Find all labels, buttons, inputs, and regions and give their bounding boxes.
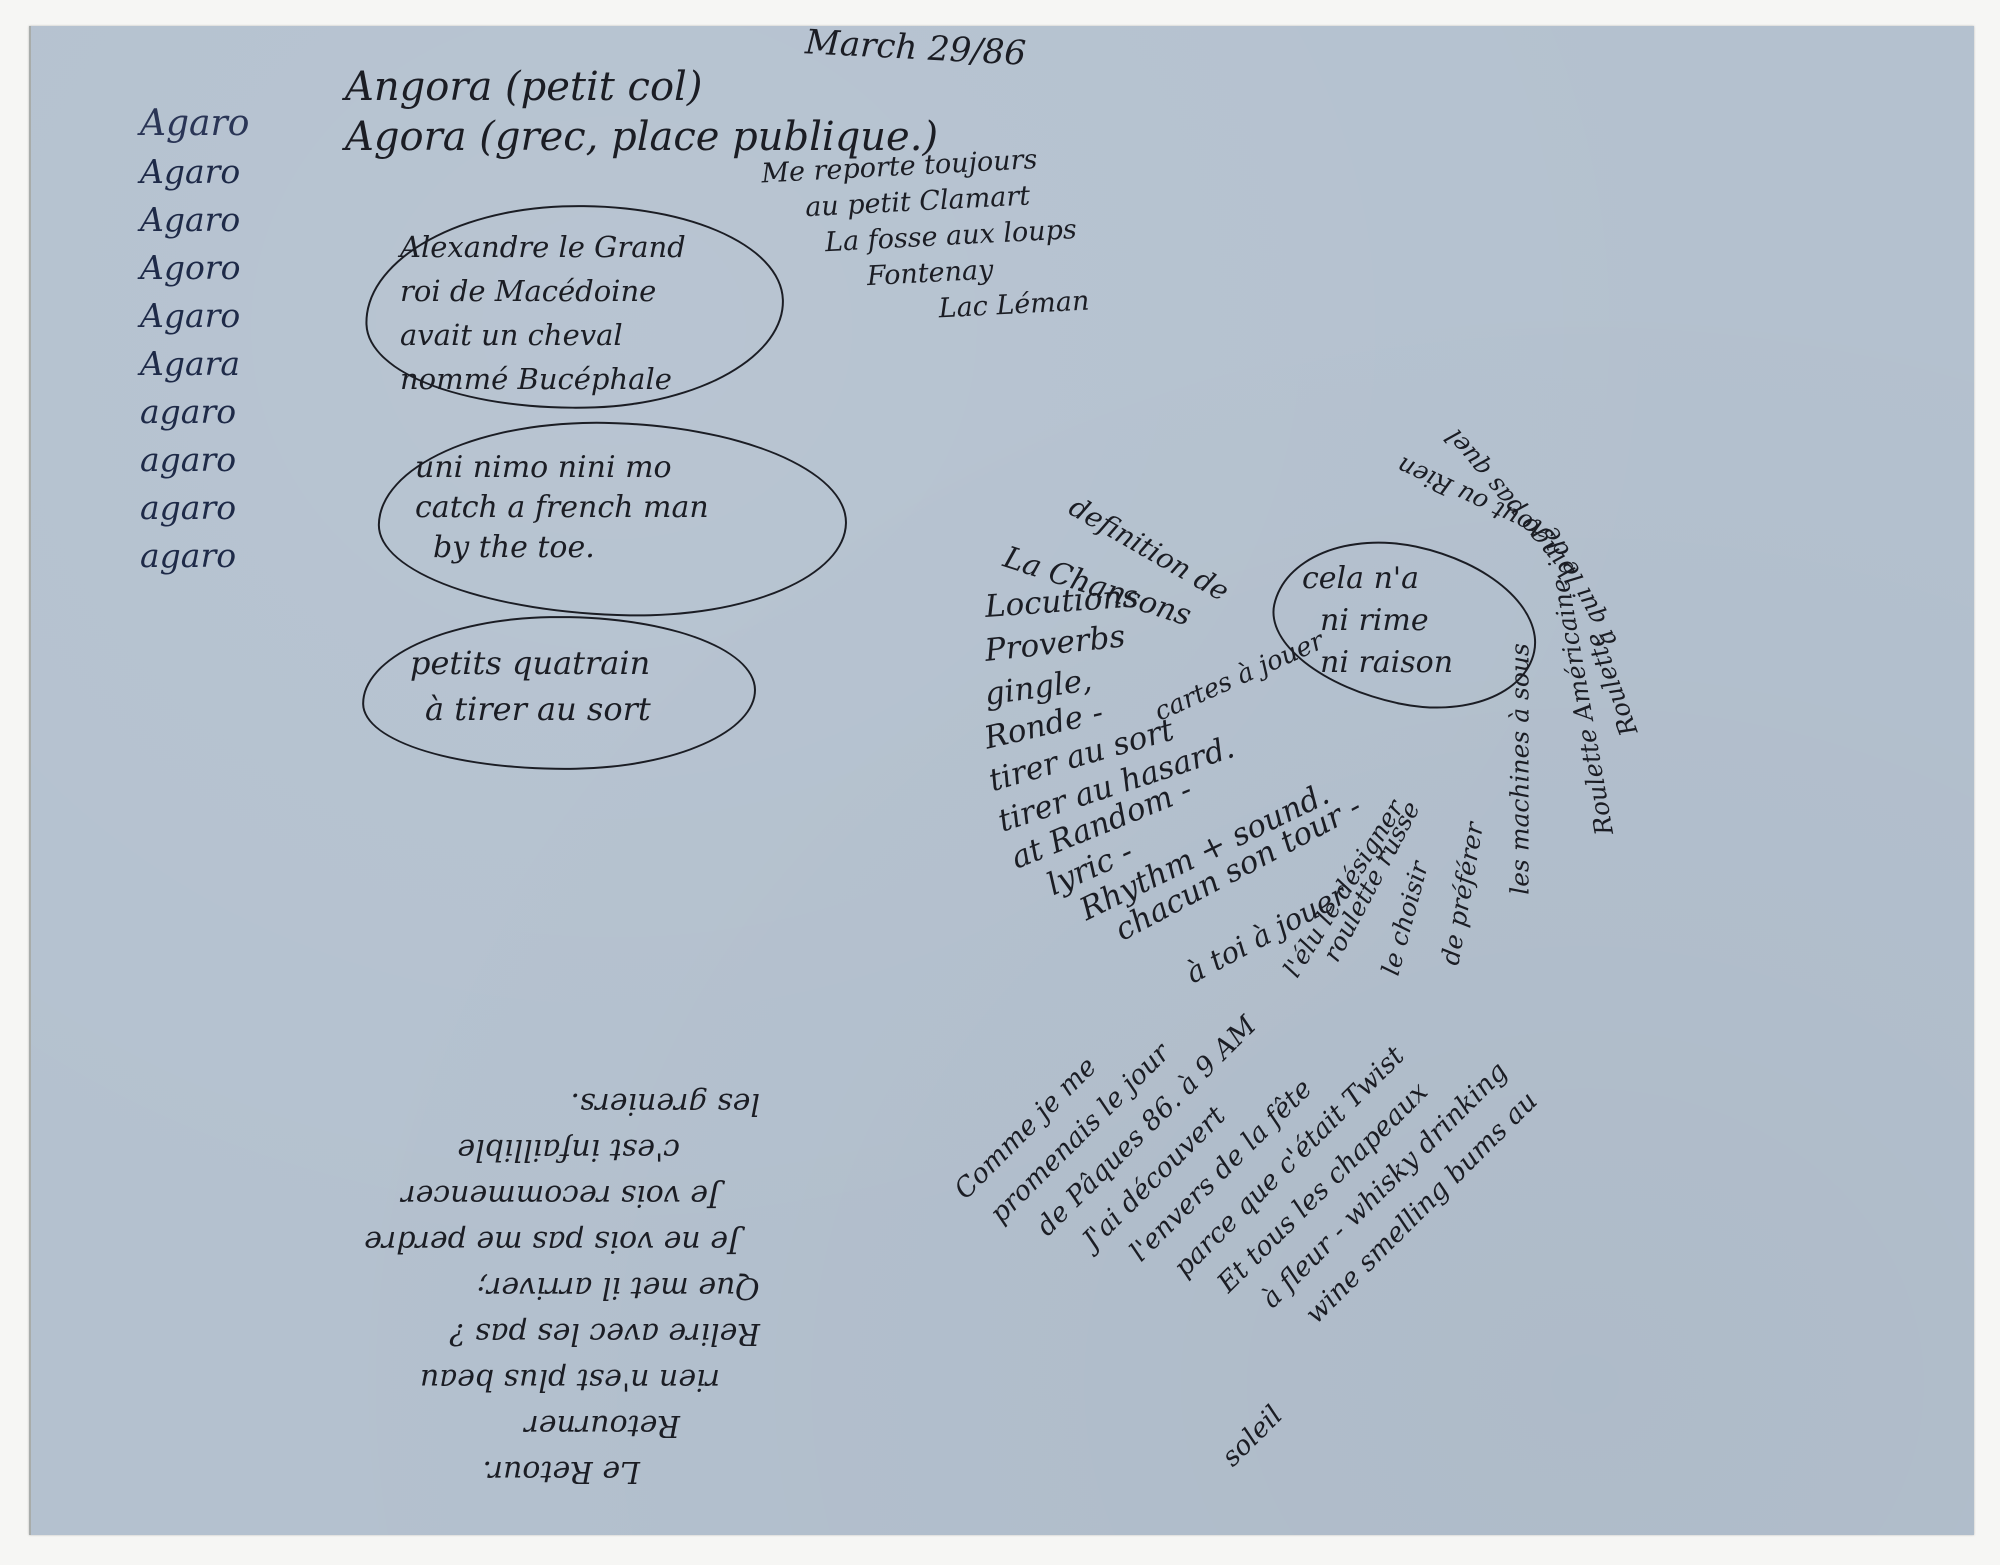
- bubble-line: catch a french man: [415, 488, 709, 528]
- poem-line: les greniers.: [340, 1080, 760, 1126]
- poem-line: rien n'est plus beau: [340, 1356, 760, 1402]
- agaro-line: Agaro: [140, 292, 249, 340]
- agaro-line: Agoro: [140, 244, 249, 292]
- bubble-line: roi de Macédoine: [400, 269, 686, 313]
- poem-line: Je ne vois pas me perdre: [340, 1218, 760, 1264]
- bubble-text-petits: petits quatrain à tirer au sort: [410, 640, 651, 732]
- agaro-line: Agara: [140, 340, 249, 388]
- agaro-line: agaro: [140, 532, 249, 580]
- upside-down-poem: Le Retour. Retourner rien n'est plus bea…: [340, 1080, 760, 1494]
- agaro-line: Agaro: [140, 100, 249, 148]
- bubble-line: uni nimo nini mo: [415, 448, 709, 488]
- bubble-text-alexandre: Alexandre le Grand roi de Macédoine avai…: [400, 225, 686, 401]
- bubble-line: by the toe.: [415, 528, 709, 568]
- reporte-list: Me reporte toujours au petit Clamart La …: [761, 140, 1091, 337]
- angora-header: Angora (petit col) Agora (grec, place pu…: [345, 62, 938, 162]
- circle-text-rime: cela n'a ni rime ni raison: [1302, 558, 1453, 684]
- poem-line: c'est infaillible: [340, 1126, 760, 1172]
- poem-line: Que met il arriver;: [340, 1264, 760, 1310]
- bubble-line: avait un cheval: [400, 313, 686, 357]
- spiral-radial-word: les machines à sous: [1505, 643, 1535, 895]
- bubble-line: Alexandre le Grand: [400, 225, 686, 269]
- agaro-line: agaro: [140, 388, 249, 436]
- agaro-line: Agaro: [140, 148, 249, 196]
- agaro-line: agaro: [140, 484, 249, 532]
- agaro-line: Agaro: [140, 196, 249, 244]
- bubble-line: à tirer au sort: [410, 686, 651, 732]
- poem-line: Le Retour.: [340, 1448, 760, 1494]
- circle-line: cela n'a: [1302, 558, 1453, 600]
- bubble-line: petits quatrain: [410, 640, 651, 686]
- poem-line: Retourner: [340, 1402, 760, 1448]
- circle-line: ni rime: [1302, 600, 1453, 642]
- poem-line: Relire avec les pas ?: [340, 1310, 760, 1356]
- agaro-line: agaro: [140, 436, 249, 484]
- bubble-line: nommé Bucéphale: [400, 357, 686, 401]
- poem-line: Je vois recommencer: [340, 1172, 760, 1218]
- agaro-column: Agaro Agaro Agaro Agoro Agaro Agara agar…: [140, 100, 249, 580]
- circle-line: ni raison: [1302, 642, 1453, 684]
- bubble-text-uni: uni nimo nini mo catch a french man by t…: [415, 448, 709, 568]
- angora-line: Angora (petit col): [345, 62, 938, 112]
